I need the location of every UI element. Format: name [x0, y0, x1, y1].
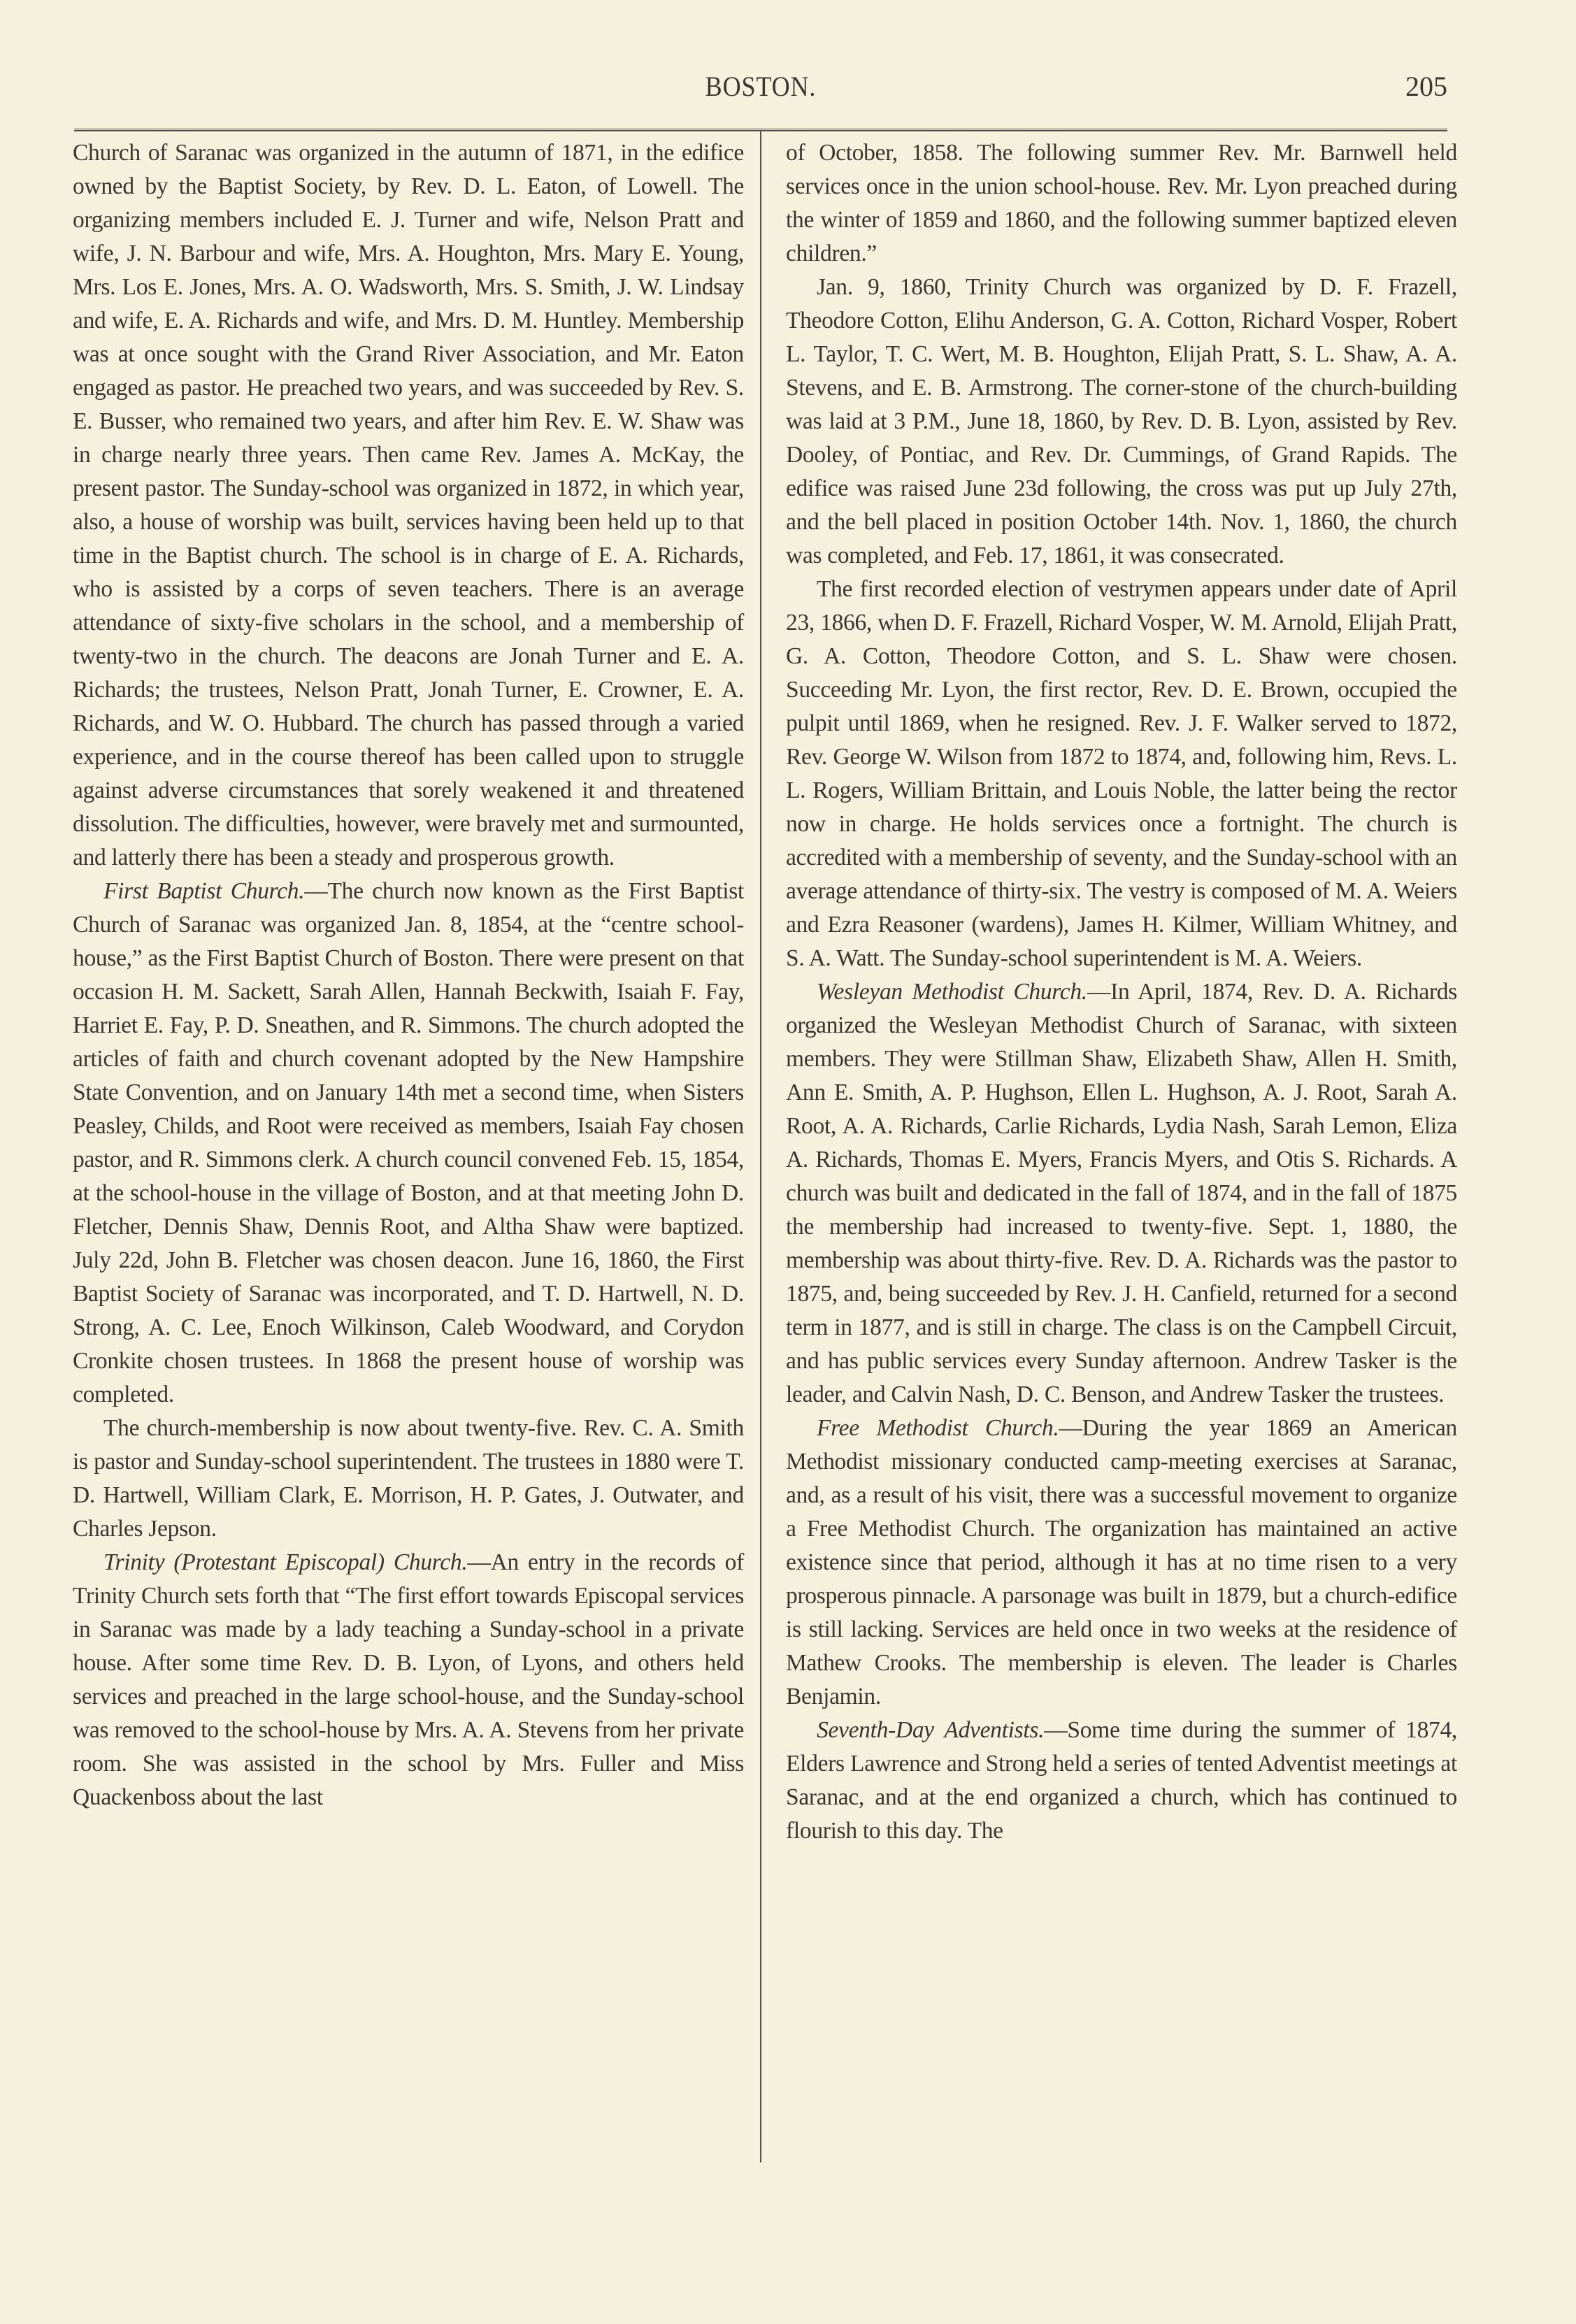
- column-divider: [760, 131, 761, 2162]
- page-number: 205: [1405, 70, 1447, 103]
- paragraph-text: —An entry in the records of Trinity Chur…: [73, 1549, 744, 1810]
- paragraph: Wesleyan Methodist Church.—In April, 187…: [786, 975, 1457, 1412]
- page-header: BOSTON. 205: [74, 70, 1447, 112]
- paragraph-text: —The church now known as the First Bapti…: [73, 878, 744, 1407]
- paragraph: Jan. 9, 1860, Trinity Church was organiz…: [786, 271, 1457, 573]
- paragraph: Seventh-Day Adventists.—Some time during…: [786, 1714, 1457, 1848]
- paragraph: Free Methodist Church.—During the year 1…: [786, 1412, 1457, 1714]
- running-title: BOSTON.: [143, 70, 1379, 103]
- section-heading: Seventh-Day Adventists.: [817, 1717, 1044, 1743]
- paragraph-text: —In April, 1874, Rev. D. A. Richards org…: [786, 979, 1457, 1407]
- paragraph-text: Jan. 9, 1860, Trinity Church was organiz…: [786, 274, 1457, 568]
- right-column: of October, 1858. The following summer R…: [786, 136, 1457, 1848]
- paragraph-text: of October, 1858. The following summer R…: [786, 140, 1457, 266]
- paragraph-text: —During the year 1869 an American Method…: [786, 1415, 1457, 1709]
- paragraph: Church of Saranac was organized in the a…: [73, 136, 744, 875]
- paragraph-text: Church of Saranac was organized in the a…: [73, 140, 744, 870]
- paragraph: Trinity (Protestant Episcopal) Church.—A…: [73, 1546, 744, 1814]
- section-heading: Trinity (Protestant Episcopal) Church.: [103, 1549, 467, 1575]
- section-heading: Free Methodist Church.: [817, 1415, 1059, 1441]
- paragraph: First Baptist Church.—The church now kno…: [73, 875, 744, 1412]
- paragraph: The first recorded election of vestrymen…: [786, 573, 1457, 975]
- left-column: Church of Saranac was organized in the a…: [73, 136, 744, 1814]
- paragraph-text: The church-membership is now about twent…: [73, 1415, 744, 1542]
- paragraph-text: The first recorded election of vestrymen…: [786, 576, 1457, 971]
- paragraph: of October, 1858. The following summer R…: [786, 136, 1457, 271]
- section-heading: First Baptist Church.: [103, 878, 304, 904]
- section-heading: Wesleyan Methodist Church.: [817, 979, 1087, 1005]
- paragraph: The church-membership is now about twent…: [73, 1412, 744, 1546]
